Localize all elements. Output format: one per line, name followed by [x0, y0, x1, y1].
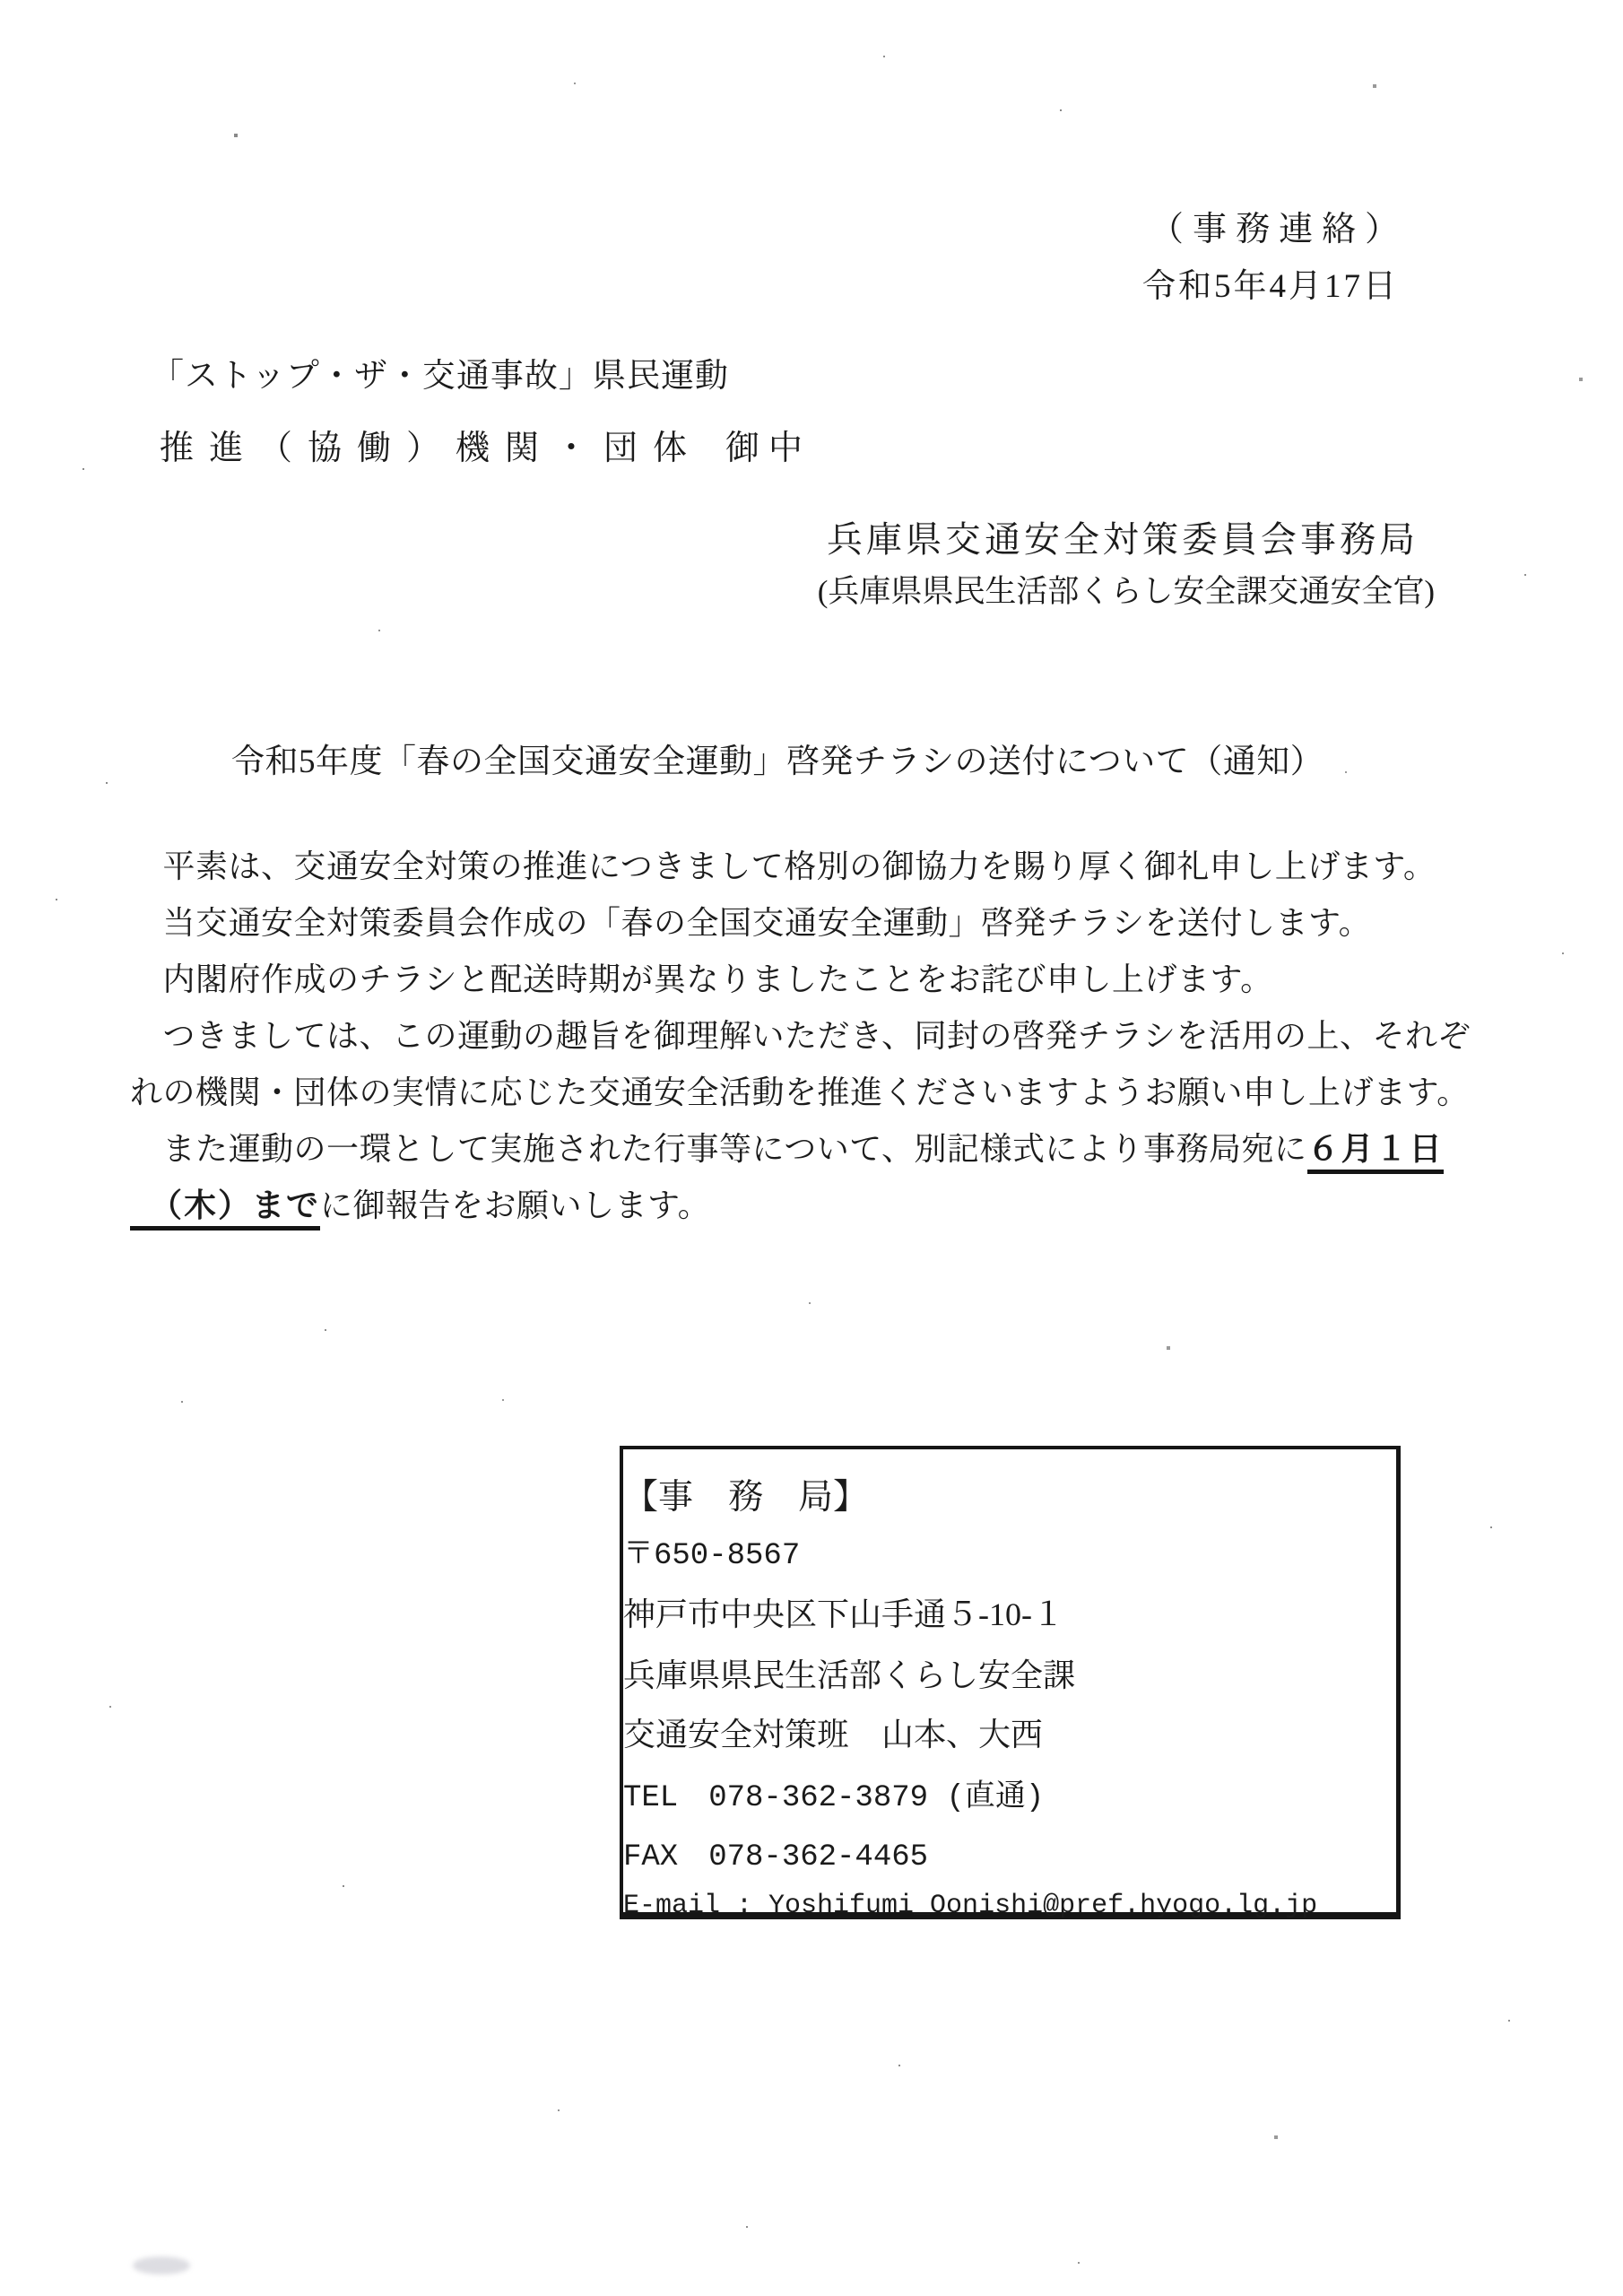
office-box-heading: 【事 務 局】: [623, 1469, 868, 1519]
body-line-5: れの機関・団体の実情に応じた交通安全活動を推進くださいますようお願い申し上げます…: [130, 1067, 1470, 1113]
body-line-6-text: また運動の一環として実施された行事等について、別記様式により事務局宛に: [130, 1131, 1307, 1167]
body-line-7-text: に御報告をお願いします。: [320, 1187, 710, 1223]
addressee-line-1: 「ストップ・ザ・交通事故」県民運動: [151, 348, 729, 396]
body-line-4: つきましては、この運動の趣旨を御理解いただき、同封の啓発チラシを活用の上、それぞ: [130, 1011, 1471, 1057]
document-title: 令和5年度「春の全国交通安全運動」啓発チラシの送付について（通知）: [231, 734, 1324, 782]
sender-org-sub: (兵庫県県民生活部くらし安全課交通安全官): [818, 567, 1435, 612]
scan-smudge: [133, 2257, 190, 2274]
office-address-line-1: 神戸市中央区下山手通５-10-１: [623, 1589, 1064, 1635]
scanned-document-page: （事務連絡） 令和5年4月17日 「ストップ・ザ・交通事故」県民運動 推進（協働…: [0, 0, 1623, 2296]
office-tel: TEL 078-362-3879 (直通): [623, 1770, 1044, 1815]
body-line-2: 当交通安全対策委員会作成の「春の全国交通安全運動」啓発チラシを送付します。: [130, 898, 1371, 944]
office-email: E-mail : Yoshifumi_Oonishi@pref.hyogo.lg…: [623, 1891, 1317, 1921]
addressee-honorific: 御中: [725, 430, 811, 467]
office-section-and-staff: 交通安全対策班 山本、大西: [623, 1709, 1043, 1755]
office-postal-code: 〒650-8567: [623, 1528, 800, 1573]
addressee-line-2: 推進（協働）機関・団体御中: [160, 420, 811, 469]
office-contact-box: 【事 務 局】 〒650-8567 神戸市中央区下山手通５-10-１ 兵庫県県民…: [620, 1446, 1401, 1919]
body-line-3: 内閣府作成のチラシと配送時期が異なりましたことをお詫び申し上げます。: [130, 954, 1273, 1000]
office-address-line-2: 兵庫県県民生活部くらし安全課: [623, 1650, 1075, 1696]
deadline-date-emphasis: ６月１日: [1307, 1130, 1444, 1174]
sender-org: 兵庫県交通安全対策委員会事務局: [827, 511, 1419, 562]
office-fax: FAX 078-362-4465: [623, 1830, 928, 1874]
body-line-7: （木）までに御報告をお願いします。: [130, 1180, 710, 1226]
document-date: 令和5年4月17日: [1142, 258, 1399, 307]
body-line-1: 平素は、交通安全対策の推進につきまして格別の御協力を賜り厚く御礼申し上げます。: [130, 841, 1436, 887]
admin-note: （事務連絡）: [1150, 201, 1408, 250]
deadline-day-emphasis: （木）まで: [130, 1187, 320, 1231]
body-line-6: また運動の一環として実施された行事等について、別記様式により事務局宛に６月１日: [130, 1124, 1444, 1170]
addressee-org: 推進（協働）機関・団体: [160, 430, 702, 467]
scan-noise-speckles: [0, 0, 2, 2]
